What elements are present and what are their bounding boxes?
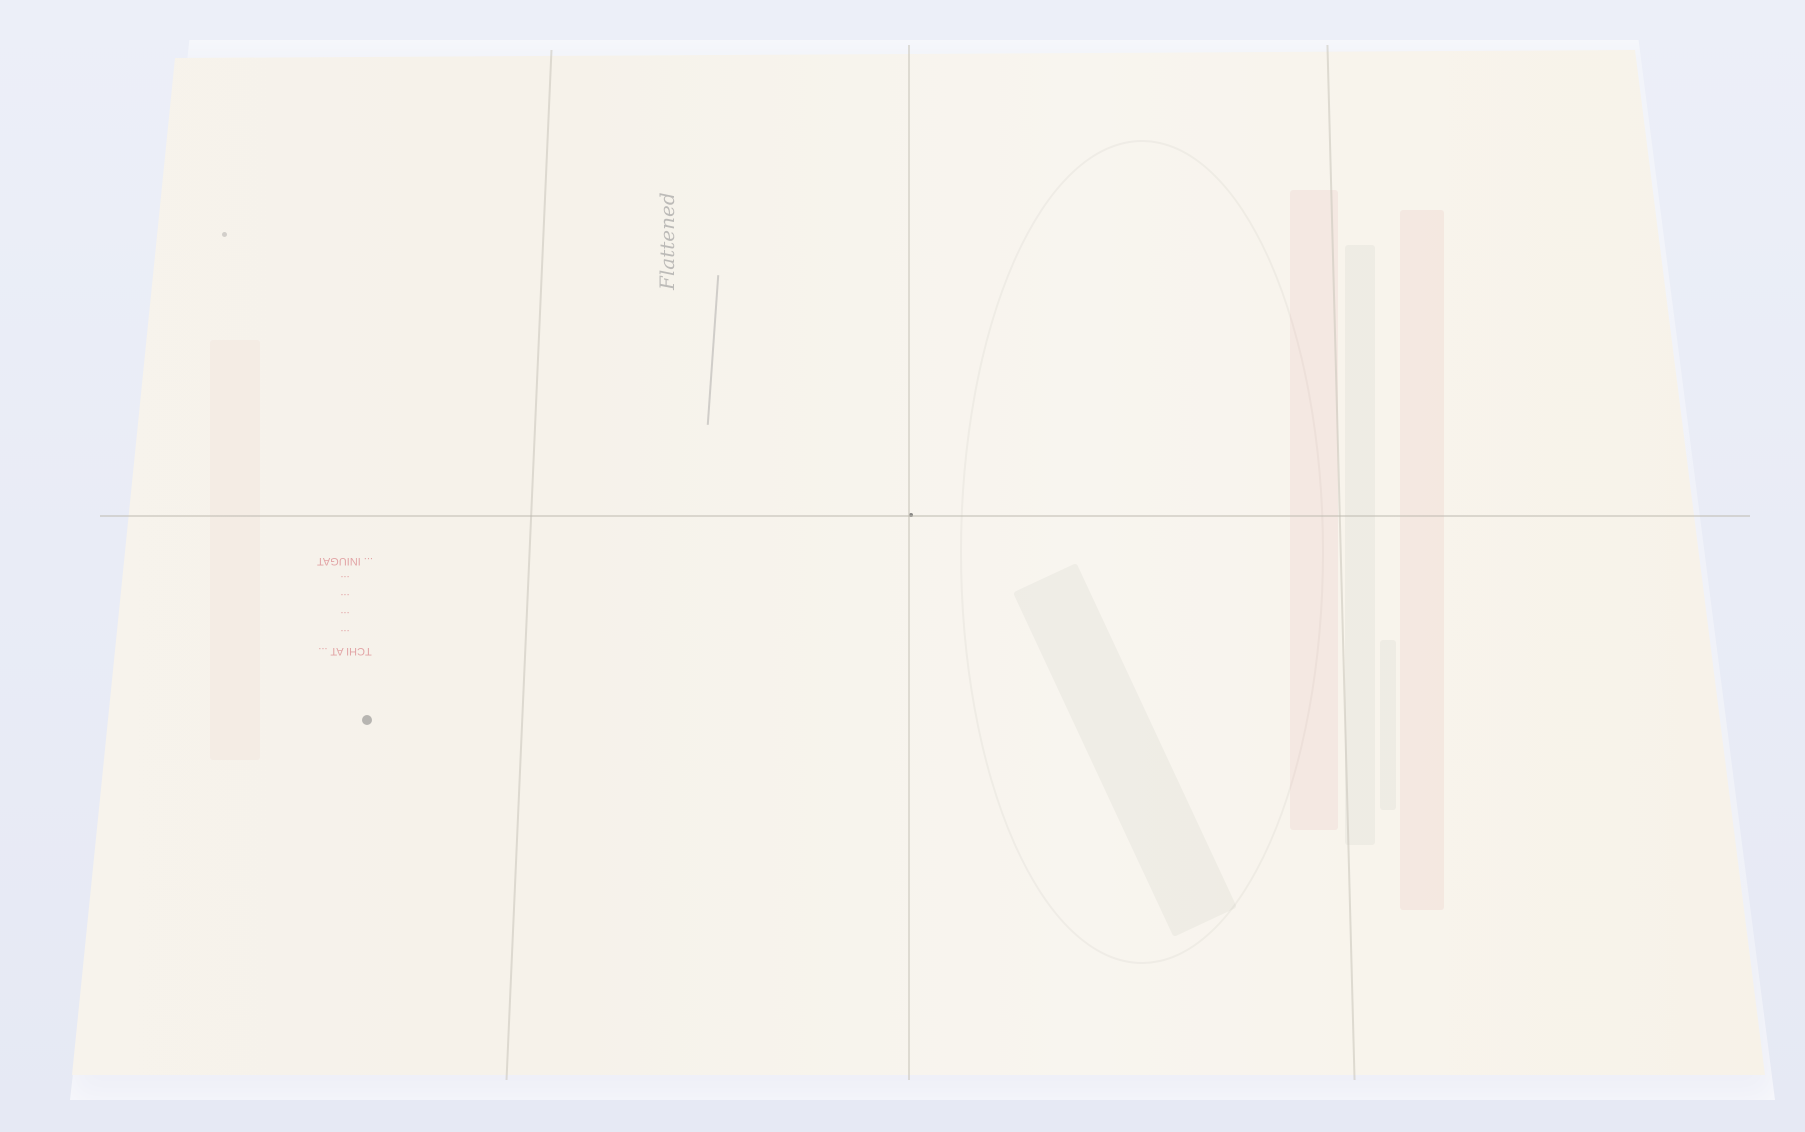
show-through-small-text [1380, 640, 1396, 810]
horizontal-fold-line [100, 515, 1750, 517]
stamp-line: ... [260, 588, 430, 606]
stamp-line: ... [260, 570, 430, 588]
dirt-spot [362, 715, 372, 725]
dirt-spot [222, 232, 227, 237]
stamp-line: ... [260, 606, 430, 624]
vertical-fold-line [908, 45, 910, 1080]
show-through-headline-red [1290, 190, 1338, 830]
pencil-stroke [707, 275, 719, 425]
red-printer-stamp: TCHI AT ... ... ... ... ... ... INIUGAT [260, 530, 430, 660]
pencil-notation: Flattened [655, 192, 679, 290]
show-through-headline-red-2 [1400, 210, 1444, 910]
poster-reverse: TCHI AT ... ... ... ... ... ... INIUGAT … [0, 0, 1805, 1132]
show-through-subtitle [1345, 245, 1375, 845]
stamp-line: ... INIUGAT [260, 552, 430, 570]
stamp-line: TCHI AT ... [260, 642, 430, 660]
show-through-left-art [210, 340, 260, 760]
stamp-line: ... [260, 624, 430, 642]
